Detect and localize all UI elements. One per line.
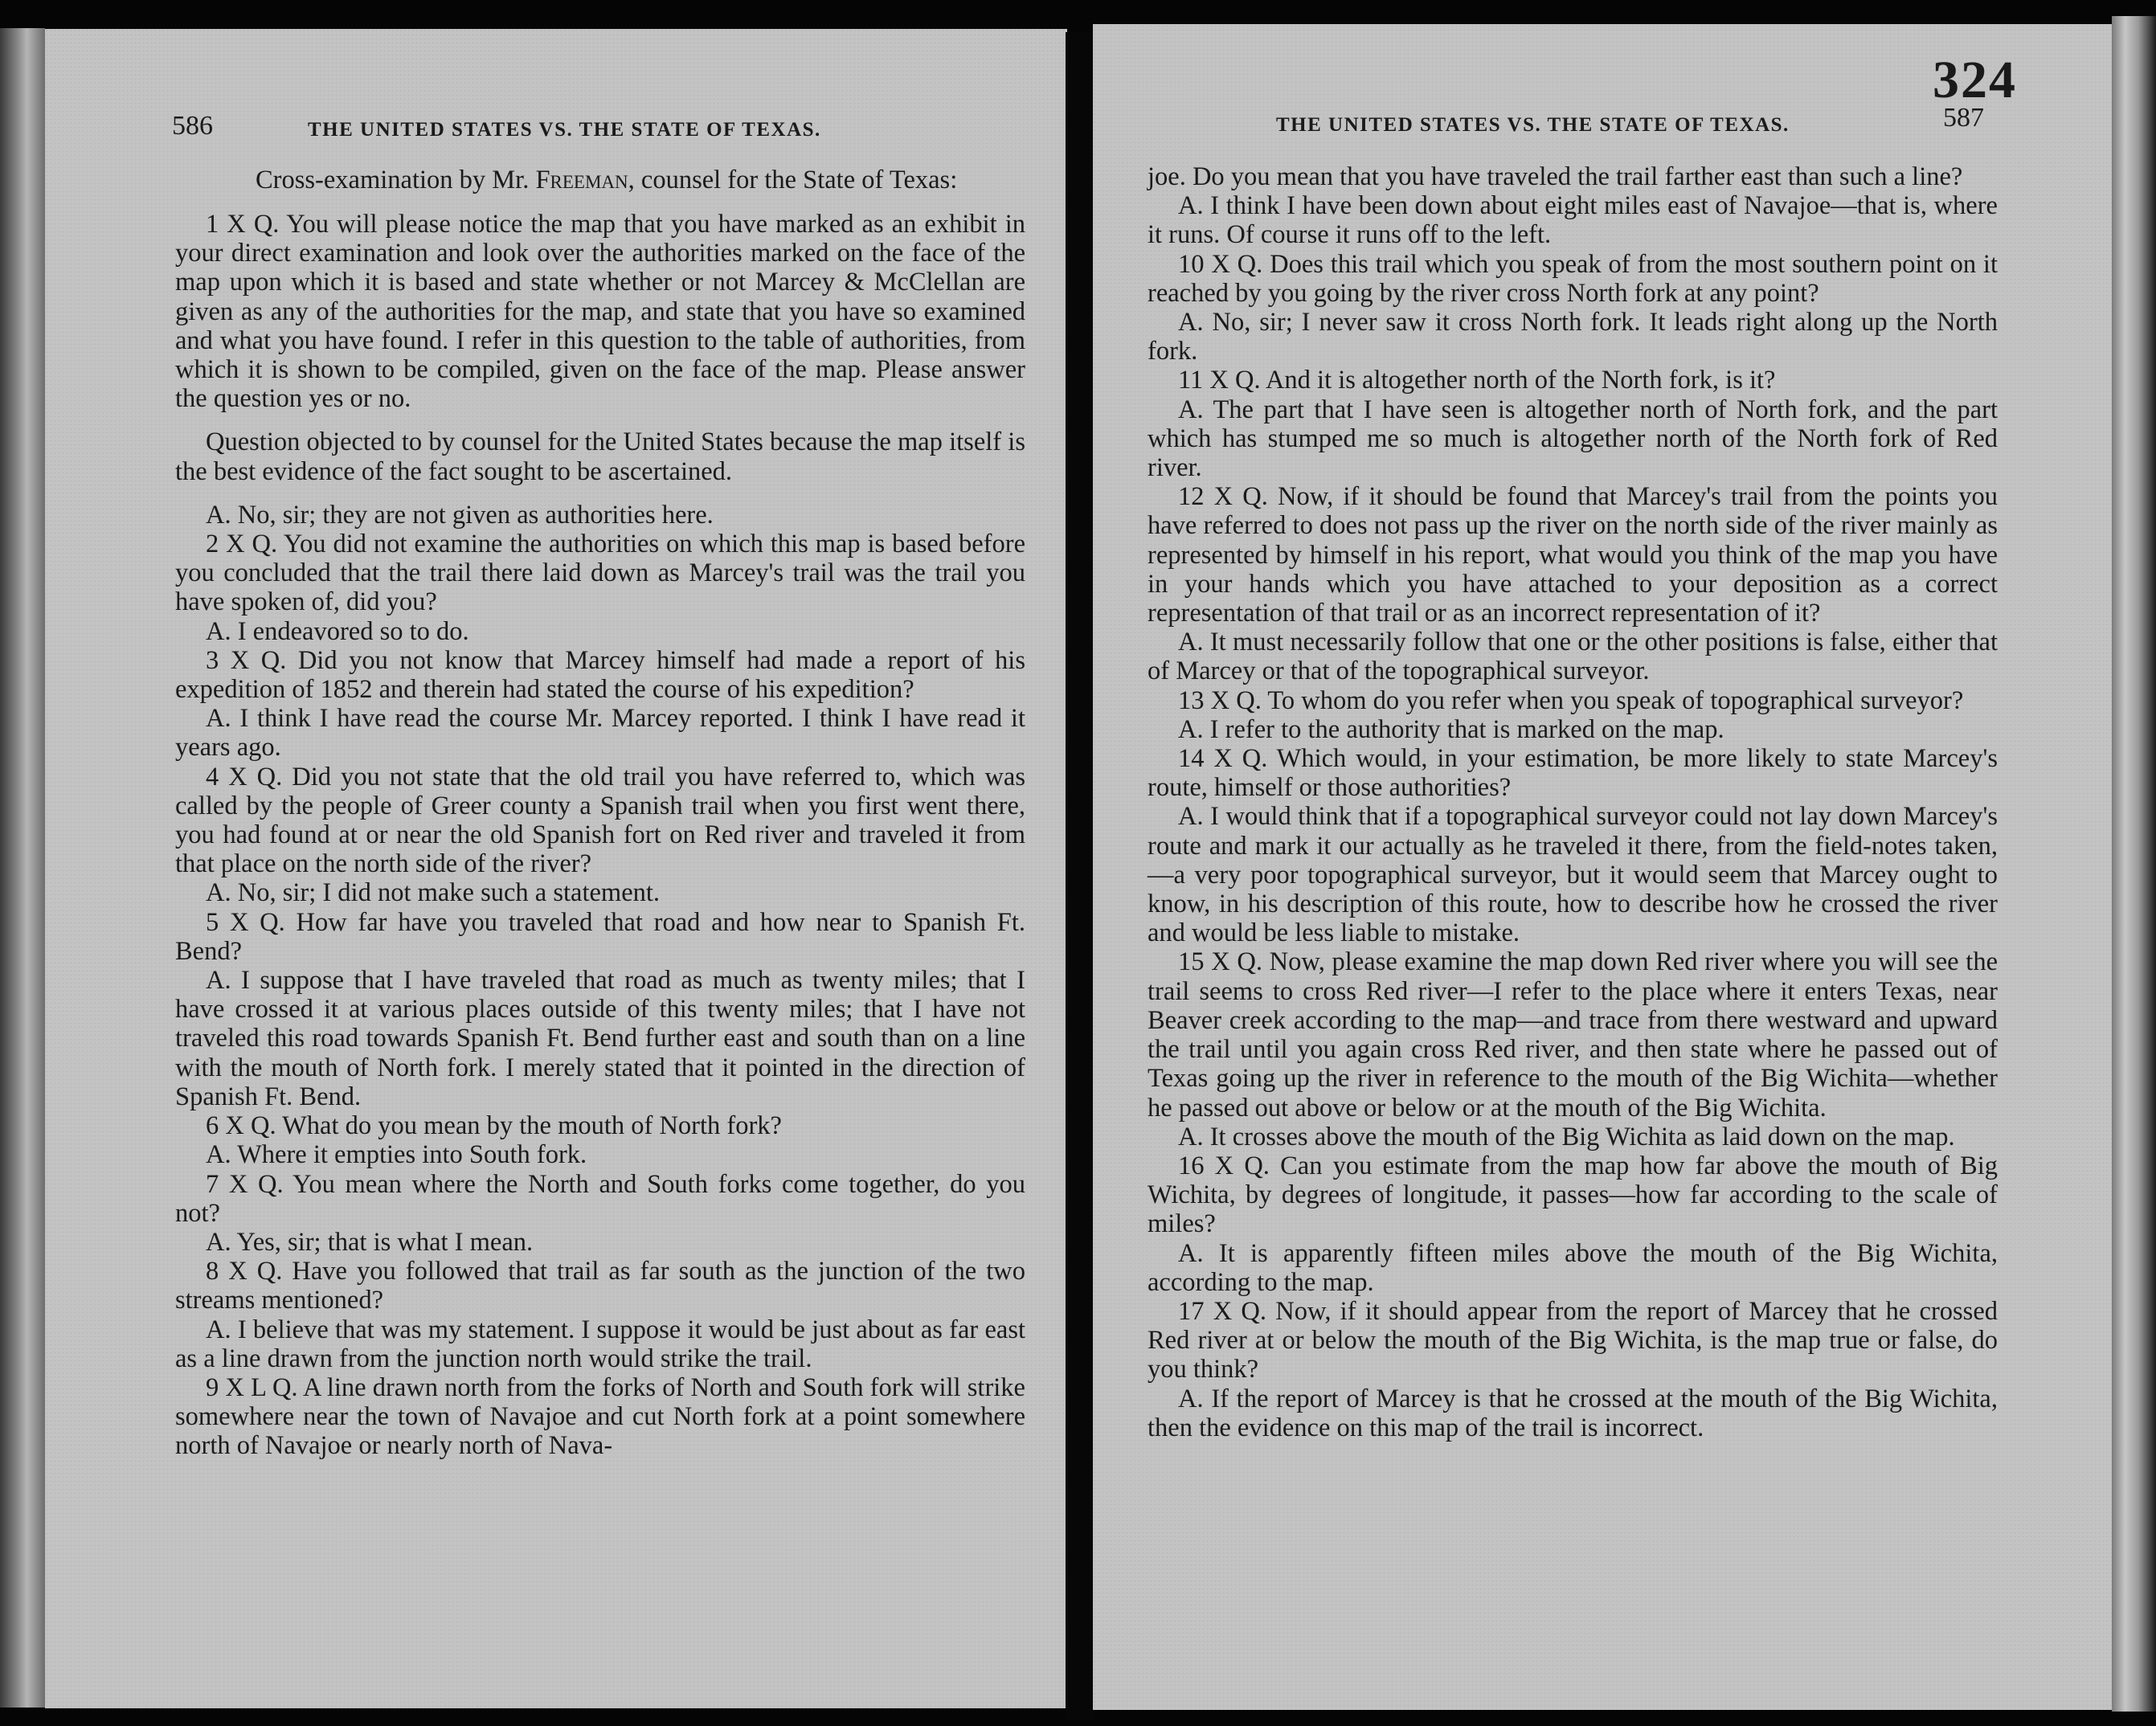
paragraph: 9 X L Q. A line drawn north from the for… <box>175 1373 1025 1461</box>
cross-examination-heading: Cross-examination by Mr. Freeman, counse… <box>175 165 1025 195</box>
paragraph: A. It is apparently fifteen miles above … <box>1148 1239 1998 1297</box>
right-page-number: 587 <box>1943 103 1984 133</box>
paragraph: A. I endeavored so to do. <box>175 617 1025 646</box>
paragraph: A. I believe that was my statement. I su… <box>175 1315 1025 1373</box>
paragraph: A. No, sir; I did not make such a statem… <box>175 878 1025 907</box>
paragraph: 12 X Q. Now, if it should be found that … <box>1148 482 1998 628</box>
paragraph: 7 X Q. You mean where the North and Sout… <box>175 1170 1025 1228</box>
left-page-number: 586 <box>172 111 213 141</box>
paragraph: 8 X Q. Have you followed that trail as f… <box>175 1257 1025 1315</box>
paragraph: 2 X Q. You did not examine the authoriti… <box>175 530 1025 617</box>
left-page-body: Cross-examination by Mr. Freeman, counse… <box>175 165 1025 1461</box>
paragraph: 10 X Q. Does this trail which you speak … <box>1148 250 1998 308</box>
counsel-name: Freeman <box>535 166 628 194</box>
paragraph: A. No, sir; they are not given as author… <box>175 501 1025 530</box>
paragraph-continued: joe. Do you mean that you have traveled … <box>1148 162 1998 191</box>
paragraph: A. Where it empties into South fork. <box>175 1140 1025 1169</box>
paragraph: 6 X Q. What do you mean by the mouth of … <box>175 1111 1025 1140</box>
paragraph: A. It must necessarily follow that one o… <box>1148 628 1998 685</box>
paragraph: A. I refer to the authority that is mark… <box>1148 715 1998 744</box>
book-edge-left <box>0 28 45 1708</box>
left-running-head: THE UNITED STATES VS. THE STATE OF TEXAS… <box>308 119 821 141</box>
paragraph: A. Yes, sir; that is what I mean. <box>175 1228 1025 1257</box>
paragraph: A. The part that I have seen is altogeth… <box>1148 395 1998 483</box>
paragraph: 16 X Q. Can you estimate from the map ho… <box>1148 1151 1998 1239</box>
paragraph: 11 X Q. And it is altogether north of th… <box>1148 366 1998 395</box>
paragraph: 15 X Q. Now, please examine the map down… <box>1148 947 1998 1122</box>
paragraph: 5 X Q. How far have you traveled that ro… <box>175 908 1025 966</box>
paragraph: 14 X Q. Which would, in your estimation,… <box>1148 744 1998 802</box>
paragraph: 4 X Q. Did you not state that the old tr… <box>175 763 1025 879</box>
paragraph: A. I suppose that I have traveled that r… <box>175 966 1025 1111</box>
paragraph: 17 X Q. Now, if it should appear from th… <box>1148 1297 1998 1384</box>
paragraph: A. If the report of Marcey is that he cr… <box>1148 1384 1998 1442</box>
paragraph: 13 X Q. To whom do you refer when you sp… <box>1148 686 1998 715</box>
paragraph: A. I think I have read the course Mr. Ma… <box>175 704 1025 762</box>
paragraph: A. I would think that if a topographical… <box>1148 802 1998 947</box>
stamped-page-number: 324 <box>1933 50 2017 111</box>
objection-note: Question objected to by counsel for the … <box>175 427 1025 485</box>
book-edge-right <box>2112 16 2156 1712</box>
right-page-body: joe. Do you mean that you have traveled … <box>1148 162 1998 1442</box>
paragraph: A. It crosses above the mouth of the Big… <box>1148 1123 1998 1151</box>
right-running-head: THE UNITED STATES VS. THE STATE OF TEXAS… <box>1276 114 1790 137</box>
book-gutter <box>1066 32 1094 1720</box>
paragraph: A. No, sir; I never saw it cross North f… <box>1148 308 1998 366</box>
paragraph: A. I think I have been down about eight … <box>1148 191 1998 249</box>
paragraph: 3 X Q. Did you not know that Marcey hims… <box>175 646 1025 704</box>
paragraph: 1 X Q. You will please notice the map th… <box>175 210 1025 413</box>
